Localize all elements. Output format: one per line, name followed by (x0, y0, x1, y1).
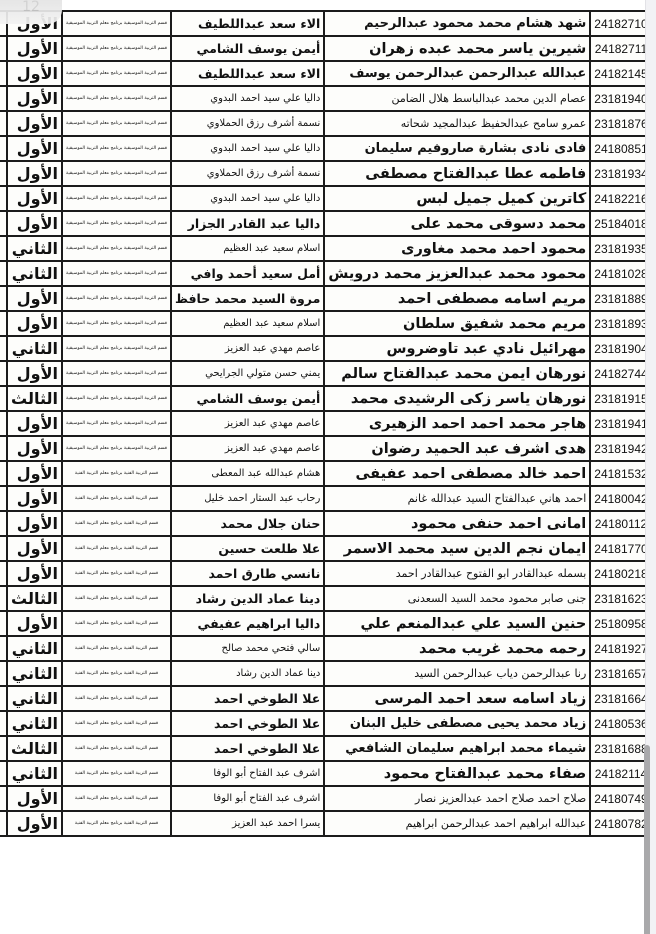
level-cell: الأول (7, 61, 62, 86)
supervisor-name-cell: يسرا احمد عبد العزيز (171, 811, 324, 836)
truncated-column-cell (0, 611, 7, 636)
truncated-column-cell (0, 461, 7, 486)
department-program-cell: قسم التربية الموسيقية برنامج معلم التربي… (62, 61, 171, 86)
department-program-cell: قسم التربية الفنية برنامج معلم التربية ا… (62, 511, 171, 536)
level-cell: الثاني (7, 261, 62, 286)
level-cell: الأول (7, 536, 62, 561)
student-name-cell: ايمان نجم الدين سيد محمد الاسمر (324, 536, 590, 561)
table-row: 24423181904مهرائيل نادي عبد تاوضروسعاصم … (0, 336, 656, 361)
student-code-cell: 25180958 (590, 611, 651, 636)
table-row: 24723181941هاجر محمد احمد احمد الزهيرىعا… (0, 411, 656, 436)
student-code-cell: 24180782 (590, 811, 651, 836)
student-name-cell: نورهان ياسر زكى الرشيدى محمد (324, 386, 590, 411)
student-name-cell: احمد هاني عبدالفتاح السيد عبدالله غانم (324, 486, 590, 511)
truncated-column-cell (0, 736, 7, 761)
level-cell: الثاني (7, 686, 62, 711)
student-name-cell: شيماء محمد ابراهيم سليمان الشافعي (324, 736, 590, 761)
student-code-cell: 23181942 (590, 436, 651, 461)
table-row: 25823181664زياد اسامه سعد احمد المرسىعلا… (0, 686, 656, 711)
student-name-cell: رنا عبدالرحمن دياب عبدالرحمن السيد (324, 661, 590, 686)
department-program-cell: قسم التربية الموسيقية برنامج معلم التربي… (62, 136, 171, 161)
truncated-column-cell (0, 386, 7, 411)
truncated-column-cell (0, 786, 7, 811)
level-cell: الثالث (7, 386, 62, 411)
table-row: 23324182145عبدالله عبدالرحمن عبدالرحمن ي… (0, 61, 656, 86)
supervisor-name-cell: الاء سعد عبداللطيف (171, 61, 324, 86)
student-code-cell: 23181688 (590, 736, 651, 761)
student-name-cell: صفاء محمد عبدالفتاح محمود (324, 761, 590, 786)
student-code-cell: 23181904 (590, 336, 651, 361)
supervisor-name-cell: اشرف عبد الفتاح أبو الوفا (171, 761, 324, 786)
level-cell: الأول (7, 111, 62, 136)
vertical-scrollbar-thumb[interactable] (644, 745, 650, 934)
department-program-cell: قسم التربية الموسيقية برنامج معلم التربي… (62, 36, 171, 61)
department-program-cell: قسم التربية الفنية برنامج معلم التربية ا… (62, 586, 171, 611)
student-name-cell: بسمله عبدالقادر ابو الفتوح عبدالقادر احم… (324, 561, 590, 586)
truncated-column-cell (0, 336, 7, 361)
level-cell: الأول (7, 311, 62, 336)
student-name-cell: كاترين كميل جميل لبس (324, 186, 590, 211)
level-cell: الثاني (7, 236, 62, 261)
level-cell: الثالث (7, 586, 62, 611)
supervisor-name-cell: داليا علي سيد احمد البدوي (171, 186, 324, 211)
supervisor-name-cell: اسلام سعيد عبد العظيم (171, 311, 324, 336)
student-code-cell: 23181941 (590, 411, 651, 436)
supervisor-name-cell: أيمن يوسف الشامي (171, 36, 324, 61)
student-code-cell: 24180851 (590, 136, 651, 161)
level-cell: الأول (7, 561, 62, 586)
department-program-cell: قسم التربية الموسيقية برنامج معلم التربي… (62, 161, 171, 186)
department-program-cell: قسم التربية الموسيقية برنامج معلم التربي… (62, 436, 171, 461)
truncated-column-cell (0, 661, 7, 686)
table-row: 25124180112امانى احمد حنفى محمودحنان جلا… (0, 511, 656, 536)
truncated-column-cell (0, 711, 7, 736)
student-name-cell: نورهان ايمن محمد عبدالفتاح سالم (324, 361, 590, 386)
department-program-cell: قسم التربية الفنية برنامج معلم التربية ا… (62, 661, 171, 686)
truncated-column-cell (0, 811, 7, 836)
level-cell: الأول (7, 86, 62, 111)
student-code-cell: 24182711 (590, 36, 651, 61)
level-cell: الأول (7, 161, 62, 186)
student-code-cell: 23181657 (590, 661, 651, 686)
student-name-cell: شهد هشام محمد محمود عبدالرحيم (324, 11, 590, 36)
table-row: 23423181940عصام الدين محمد عبدالباسط هلا… (0, 86, 656, 111)
truncated-column-cell (0, 211, 7, 236)
supervisor-name-cell: أيمن يوسف الشامي (171, 386, 324, 411)
student-name-cell: هدى اشرف عبد الحميد رضوان (324, 436, 590, 461)
student-name-cell: محمود احمد محمد مغاورى (324, 236, 590, 261)
student-name-cell: فاطمه عطا عبدالفتاح مصطفى (324, 161, 590, 186)
level-cell: الأول (7, 511, 62, 536)
student-code-cell: 24180112 (590, 511, 651, 536)
supervisor-name-cell: حنان جلال محمد (171, 511, 324, 536)
student-name-cell: زياد اسامه سعد احمد المرسى (324, 686, 590, 711)
level-cell: الثاني (7, 636, 62, 661)
student-assignment-table: 23124182710شهد هشام محمد محمود عبدالرحيم… (0, 10, 656, 837)
level-cell: الأول (7, 411, 62, 436)
department-program-cell: قسم التربية الفنية برنامج معلم التربية ا… (62, 561, 171, 586)
level-cell: الأول (7, 286, 62, 311)
truncated-column-cell (0, 636, 7, 661)
student-code-cell: 24182216 (590, 186, 651, 211)
student-code-cell: 23181893 (590, 311, 651, 336)
table-row: 24223181889مريم اسامه مصطفى احمدمروة الس… (0, 286, 656, 311)
student-name-cell: جنى صابر محمود محمد السيد السعدنى (324, 586, 590, 611)
student-code-cell: 24182710 (590, 11, 651, 36)
supervisor-name-cell: أمل سعيد أحمد وافي (171, 261, 324, 286)
table-row: 25423181623جنى صابر محمود محمد السيد الس… (0, 586, 656, 611)
student-code-cell: 23181935 (590, 236, 651, 261)
student-name-cell: شيرين ياسر محمد عبده زهران (324, 36, 590, 61)
table-row: 25723181657رنا عبدالرحمن دياب عبدالرحمن … (0, 661, 656, 686)
student-name-cell: عبدالله ابراهيم احمد عبدالرحمن ابراهيم (324, 811, 590, 836)
table-row: 25024180042احمد هاني عبدالفتاح السيد عبد… (0, 486, 656, 511)
department-program-cell: قسم التربية الفنية برنامج معلم التربية ا… (62, 536, 171, 561)
level-cell: الأول (7, 136, 62, 161)
level-cell: الأول (7, 486, 62, 511)
truncated-column-cell (0, 436, 7, 461)
student-name-cell: محمود محمد عبدالعزيز محمد درويش (324, 261, 590, 286)
student-code-cell: 24182114 (590, 761, 651, 786)
department-program-cell: قسم التربية الموسيقية برنامج معلم التربي… (62, 286, 171, 311)
table-row: 23624180851فادى نادى بشارة صاروفيم سليما… (0, 136, 656, 161)
truncated-column-cell (0, 36, 7, 61)
student-name-cell: مريم محمد شفيق سلطان (324, 311, 590, 336)
student-name-cell: عصام الدين محمد عبدالباسط هلال الضامن (324, 86, 590, 111)
supervisor-name-cell: رحاب عبد الستار احمد خليل (171, 486, 324, 511)
supervisor-name-cell: داليا علي سيد احمد البدوي (171, 136, 324, 161)
supervisor-name-cell: عاصم مهدي عبد العزيز (171, 436, 324, 461)
table-row: 24823181942هدى اشرف عبد الحميد رضوانعاصم… (0, 436, 656, 461)
supervisor-name-cell: علا طلعت حسين (171, 536, 324, 561)
level-cell: الثالث (7, 736, 62, 761)
level-cell: الأول (7, 811, 62, 836)
table-row: 24323181893مريم محمد شفيق سلطاناسلام سعي… (0, 311, 656, 336)
student-name-cell: عمرو سامح عبدالحفيظ عبدالمجيد شحاته (324, 111, 590, 136)
student-code-cell: 23181889 (590, 286, 651, 311)
table-row: 24924181532احمد خالد مصطفى احمد عفيفىهشا… (0, 461, 656, 486)
department-program-cell: قسم التربية الموسيقية برنامج معلم التربي… (62, 261, 171, 286)
student-name-cell: مريم اسامه مصطفى احمد (324, 286, 590, 311)
table-row: 25525180958حنين السيد علي عبدالمنعم عليد… (0, 611, 656, 636)
student-name-cell: عبدالله عبدالرحمن عبدالرحمن يوسف (324, 61, 590, 86)
table-row: 23224182711شيرين ياسر محمد عبده زهرانأيم… (0, 36, 656, 61)
student-name-cell: صلاح احمد صلاح احمد عبدالعزيز نصار (324, 786, 590, 811)
student-name-cell: حنين السيد علي عبدالمنعم علي (324, 611, 590, 636)
table-row: 26023181688شيماء محمد ابراهيم سليمان الش… (0, 736, 656, 761)
student-code-cell: 24182744 (590, 361, 651, 386)
table-row: 25924180536زياد محمد يحيى مصطفى خليل الب… (0, 711, 656, 736)
student-code-cell: 24182145 (590, 61, 651, 86)
level-cell: الثاني (7, 761, 62, 786)
student-code-cell: 24181532 (590, 461, 651, 486)
department-program-cell: قسم التربية الفنية برنامج معلم التربية ا… (62, 786, 171, 811)
table-row: 25324180218بسمله عبدالقادر ابو الفتوح عب… (0, 561, 656, 586)
supervisor-name-cell: مروة السيد محمد حافظ (171, 286, 324, 311)
table-row: 25624181927رحمه محمد غريب محمدسالي فتحي … (0, 636, 656, 661)
table-row: 26124182114صفاء محمد عبدالفتاح محموداشرف… (0, 761, 656, 786)
student-name-cell: رحمه محمد غريب محمد (324, 636, 590, 661)
table-row: 25224181770ايمان نجم الدين سيد محمد الاس… (0, 536, 656, 561)
truncated-column-cell (0, 586, 7, 611)
truncated-column-cell (0, 411, 7, 436)
department-program-cell: قسم التربية الموسيقية برنامج معلم التربي… (62, 411, 171, 436)
student-code-cell: 24181770 (590, 536, 651, 561)
student-name-cell: محمد دسوقى محمد على (324, 211, 590, 236)
truncated-column-cell (0, 136, 7, 161)
student-code-cell: 24181927 (590, 636, 651, 661)
supervisor-name-cell: اشرف عبد الفتاح أبو الوفا (171, 786, 324, 811)
truncated-column-cell (0, 61, 7, 86)
student-name-cell: فادى نادى بشارة صاروفيم سليمان (324, 136, 590, 161)
supervisor-name-cell: عاصم مهدي عبد العزيز (171, 336, 324, 361)
department-program-cell: قسم التربية الفنية برنامج معلم التربية ا… (62, 811, 171, 836)
level-cell: الأول (7, 211, 62, 236)
student-name-cell: هاجر محمد احمد احمد الزهيرى (324, 411, 590, 436)
truncated-column-cell (0, 561, 7, 586)
supervisor-name-cell: الاء سعد عبداللطيف (171, 11, 324, 36)
level-cell: الثاني (7, 711, 62, 736)
table-row: 24124181028محمود محمد عبدالعزيز محمد درو… (0, 261, 656, 286)
department-program-cell: قسم التربية الفنية برنامج معلم التربية ا… (62, 461, 171, 486)
supervisor-name-cell: دينا عماد الدين رشاد (171, 661, 324, 686)
supervisor-name-cell: دينا عماد الدين رشاد (171, 586, 324, 611)
department-program-cell: قسم التربية الموسيقية برنامج معلم التربي… (62, 386, 171, 411)
student-code-cell: 23181876 (590, 111, 651, 136)
supervisor-name-cell: يمني حسن متولي الجرايحي (171, 361, 324, 386)
department-program-cell: قسم التربية الموسيقية برنامج معلم التربي… (62, 86, 171, 111)
supervisor-name-cell: نسمة أشرف رزق الحملاوي (171, 111, 324, 136)
student-code-cell: 24180218 (590, 561, 651, 586)
truncated-column-cell (0, 86, 7, 111)
supervisor-name-cell: داليا عبد القادر الجزار (171, 211, 324, 236)
level-cell: الأول (7, 36, 62, 61)
truncated-column-cell (0, 111, 7, 136)
truncated-column-cell (0, 236, 7, 261)
department-program-cell: قسم التربية الموسيقية برنامج معلم التربي… (62, 336, 171, 361)
truncated-column-cell (0, 486, 7, 511)
department-program-cell: قسم التربية الفنية برنامج معلم التربية ا… (62, 761, 171, 786)
table-row: 23723181934فاطمه عطا عبدالفتاح مصطفىنسمة… (0, 161, 656, 186)
department-program-cell: قسم التربية الفنية برنامج معلم التربية ا… (62, 736, 171, 761)
student-code-cell: 24180749 (590, 786, 651, 811)
supervisor-name-cell: علا الطوخي احمد (171, 736, 324, 761)
table-row: 26224180749صلاح احمد صلاح احمد عبدالعزيز… (0, 786, 656, 811)
supervisor-name-cell: عاصم مهدي عبد العزيز (171, 411, 324, 436)
student-code-cell: 25184018 (590, 211, 651, 236)
truncated-column-cell (0, 536, 7, 561)
student-code-cell: 23181934 (590, 161, 651, 186)
truncated-column-cell (0, 286, 7, 311)
department-program-cell: قسم التربية الموسيقية برنامج معلم التربي… (62, 211, 171, 236)
level-cell: الأول (7, 361, 62, 386)
table-row: 24623181915نورهان ياسر زكى الرشيدى محمدأ… (0, 386, 656, 411)
student-code-cell: 23181915 (590, 386, 651, 411)
level-cell: الأول (7, 461, 62, 486)
student-name-cell: امانى احمد حنفى محمود (324, 511, 590, 536)
student-code-cell: 24180042 (590, 486, 651, 511)
student-code-cell: 23181940 (590, 86, 651, 111)
truncated-column-cell (0, 161, 7, 186)
supervisor-name-cell: داليا ابراهيم عفيفي (171, 611, 324, 636)
department-program-cell: قسم التربية الموسيقية برنامج معلم التربي… (62, 186, 171, 211)
supervisor-name-cell: نسمة أشرف رزق الحملاوي (171, 161, 324, 186)
table-row: 24023181935محمود احمد محمد مغاورىاسلام س… (0, 236, 656, 261)
department-program-cell: قسم التربية الفنية برنامج معلم التربية ا… (62, 686, 171, 711)
truncated-column-cell (0, 261, 7, 286)
department-program-cell: قسم التربية الفنية برنامج معلم التربية ا… (62, 636, 171, 661)
supervisor-name-cell: داليا علي سيد احمد البدوي (171, 86, 324, 111)
document-page: 12 23124182710شهد هشام محمد محمود عبدالر… (0, 0, 645, 934)
truncated-column-cell (0, 361, 7, 386)
department-program-cell: قسم التربية الموسيقية برنامج معلم التربي… (62, 361, 171, 386)
table-row: 24524182744نورهان ايمن محمد عبدالفتاح سا… (0, 361, 656, 386)
supervisor-name-cell: علا الطوخي احمد (171, 686, 324, 711)
department-program-cell: قسم التربية الفنية برنامج معلم التربية ا… (62, 611, 171, 636)
student-name-cell: زياد محمد يحيى مصطفى خليل البنان (324, 711, 590, 736)
page-number-badge: 12 (0, 0, 62, 24)
supervisor-name-cell: هشام عبدالله عبد المعطى (171, 461, 324, 486)
truncated-column-cell (0, 186, 7, 211)
department-program-cell: قسم التربية الموسيقية برنامج معلم التربي… (62, 11, 171, 36)
truncated-column-cell (0, 761, 7, 786)
table-body: 23124182710شهد هشام محمد محمود عبدالرحيم… (0, 11, 656, 836)
truncated-column-cell (0, 511, 7, 536)
table-row: 23523181876عمرو سامح عبدالحفيظ عبدالمجيد… (0, 111, 656, 136)
student-code-cell: 24180536 (590, 711, 651, 736)
level-cell: الأول (7, 611, 62, 636)
table-row: 23124182710شهد هشام محمد محمود عبدالرحيم… (0, 11, 656, 36)
student-name-cell: مهرائيل نادي عبد تاوضروس (324, 336, 590, 361)
department-program-cell: قسم التربية الفنية برنامج معلم التربية ا… (62, 711, 171, 736)
truncated-column-cell (0, 311, 7, 336)
level-cell: الثاني (7, 661, 62, 686)
student-code-cell: 23181623 (590, 586, 651, 611)
supervisor-name-cell: اسلام سعيد عبد العظيم (171, 236, 324, 261)
student-name-cell: احمد خالد مصطفى احمد عفيفى (324, 461, 590, 486)
department-program-cell: قسم التربية الموسيقية برنامج معلم التربي… (62, 111, 171, 136)
level-cell: الأول (7, 436, 62, 461)
table-row: 23925184018محمد دسوقى محمد علىداليا عبد … (0, 211, 656, 236)
truncated-column-cell (0, 686, 7, 711)
student-code-cell: 24181028 (590, 261, 651, 286)
level-cell: الثاني (7, 336, 62, 361)
level-cell: الأول (7, 786, 62, 811)
department-program-cell: قسم التربية الموسيقية برنامج معلم التربي… (62, 311, 171, 336)
department-program-cell: قسم التربية الموسيقية برنامج معلم التربي… (62, 236, 171, 261)
student-code-cell: 23181664 (590, 686, 651, 711)
table-row: 26324180782عبدالله ابراهيم احمد عبدالرحم… (0, 811, 656, 836)
supervisor-name-cell: سالي فتحي محمد صالح (171, 636, 324, 661)
level-cell: الأول (7, 186, 62, 211)
supervisor-name-cell: علا الطوخي احمد (171, 711, 324, 736)
supervisor-name-cell: نانسي طارق احمد (171, 561, 324, 586)
table-row: 23824182216كاترين كميل جميل لبسداليا علي… (0, 186, 656, 211)
department-program-cell: قسم التربية الفنية برنامج معلم التربية ا… (62, 486, 171, 511)
